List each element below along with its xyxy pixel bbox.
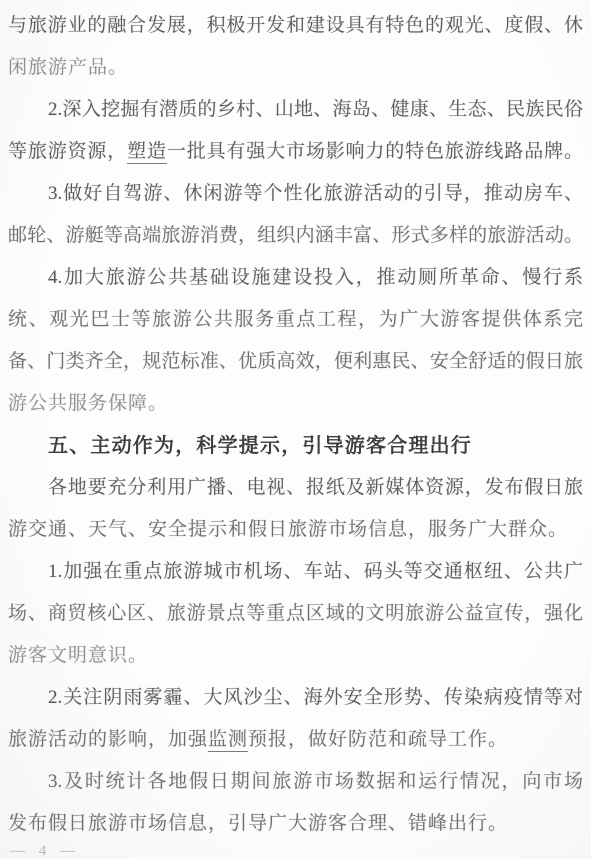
- text-line: 发布假日旅游市场信息，引导广大游客合理、错峰出行。: [8, 803, 583, 845]
- text-line: 游公共服务保障。: [8, 383, 583, 425]
- text-segment: 旅游活动的影响，加强: [8, 729, 208, 750]
- underlined-text: 监测: [208, 729, 248, 752]
- text-line: 2.深入挖掘有潜质的乡村、山地、海岛、健康、生态、民族民俗: [8, 89, 583, 131]
- text-line: 统、观光巴士等旅游公共服务重点工程，为广大游客提供体系完: [8, 299, 583, 341]
- text-line: 旅游活动的影响，加强监测预报，做好防范和疏导工作。: [8, 719, 583, 761]
- text-line: 3.做好自驾游、休闲游等个性化旅游活动的引导，推动房车、: [8, 173, 583, 215]
- text-line: 备、门类齐全，规范标准、优质高效，便利惠民、安全舒适的假日旅: [8, 341, 583, 383]
- section-heading: 五、主动作为，科学提示，引导游客合理出行: [8, 425, 583, 467]
- page-number: — 4 —: [8, 844, 583, 859]
- text-line: 游客文明意识。: [8, 635, 583, 677]
- text-line: 2.关注阴雨雾霾、大风沙尘、海外安全形势、传染病疫情等对: [8, 677, 583, 719]
- text-line: 邮轮、游艇等高端旅游消费，组织内涵丰富、形式多样的旅游活动。: [8, 215, 583, 257]
- text-line: 游交通、天气、安全提示和假日旅游市场信息，服务广大群众。: [8, 509, 583, 551]
- text-segment: 预报，做好防范和疏导工作。: [248, 729, 508, 750]
- text-line: 4.加大旅游公共基础设施建设投入，推动厕所革命、慢行系: [8, 257, 583, 299]
- text-segment: 等旅游资源，: [8, 141, 127, 162]
- text-line: 各地要充分利用广播、电视、报纸及新媒体资源，发布假日旅: [8, 467, 583, 509]
- text-segment: 一批具有强大市场影响力的特色旅游线路品牌。: [167, 141, 583, 162]
- text-line: 与旅游业的融合发展，积极开发和建设具有特色的观光、度假、休: [8, 5, 583, 47]
- underlined-text: 塑造: [127, 141, 167, 164]
- text-line: 3.及时统计各地假日期间旅游市场数据和运行情况，向市场: [8, 761, 583, 803]
- document-page: 与旅游业的融合发展，积极开发和建设具有特色的观光、度假、休 闲旅游产品。 2.深…: [0, 0, 591, 859]
- text-line: 等旅游资源，塑造一批具有强大市场影响力的特色旅游线路品牌。: [8, 131, 583, 173]
- text-line: 闲旅游产品。: [8, 47, 583, 89]
- text-line: 1.加强在重点旅游城市机场、车站、码头等交通枢纽、公共广: [8, 551, 583, 593]
- text-line: 场、商贸核心区、旅游景点等重点区域的文明旅游公益宣传，强化: [8, 593, 583, 635]
